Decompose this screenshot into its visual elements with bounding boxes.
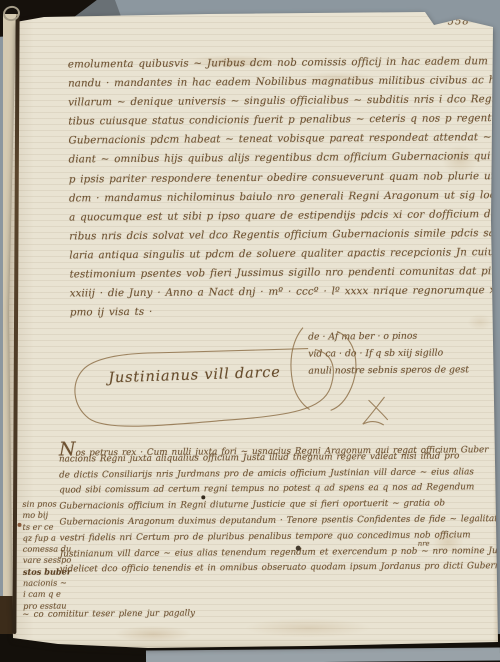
entry1-closing-line: pmo ij visa ts · [70, 304, 472, 326]
margin-note-line: mo bij [22, 509, 106, 521]
entry1-text-block: emolumenta quibusvis ~ Juribus dcm nob c… [68, 55, 472, 325]
chancery-note-line: vid ca · do · If q sb xiij sigillo [308, 347, 483, 365]
manuscript-page: 558 emolumenta quibusvis ~ Juribus dcm n… [8, 10, 500, 652]
margin-note-line: i cam q e [23, 589, 107, 601]
paper-sheet: 558 emolumenta quibusvis ~ Juribus dcm n… [8, 10, 500, 652]
margin-note-line: sin pnos [22, 498, 106, 510]
entry2-line: videlicet dco officio tenendis et in omn… [60, 562, 484, 581]
chancery-note-line: de · Af ma ber · o pinos [308, 330, 483, 348]
ink-speck [296, 546, 301, 551]
signature-name: Justinianus vill darce [108, 365, 281, 387]
ink-speck [201, 495, 205, 499]
folio-number: 558 [448, 16, 470, 27]
signature-cartouche-oval [75, 348, 334, 426]
chancery-note-block: de · Af ma ber · o pinos vid ca · do · I… [308, 330, 483, 382]
margin-note-line: stos buber [23, 566, 107, 578]
note-bracket-flourish [291, 328, 310, 410]
margin-note-line: ts er ce [22, 521, 106, 533]
margin-note-line: vare sesspo [23, 555, 107, 567]
page-content: 558 emolumenta quibusvis ~ Juribus dcm n… [5, 8, 500, 654]
note-paraph-flourish [363, 397, 388, 425]
margin-ink-dot [17, 523, 21, 527]
bottom-annotation: ~ co comititur teser plene jur pagally [22, 608, 195, 619]
entry2-text-block: Nos petrus rex · Cum nulli juxta fori ~ … [59, 435, 484, 580]
interlinear-insertion: nre [418, 540, 430, 548]
margin-note-line: comessa du [23, 543, 107, 555]
margin-note-block: sin pnos mo bij ts er ce qz fup a comess… [22, 498, 107, 612]
margin-note-line: qz fup a [23, 532, 107, 544]
chancery-note-line: anuli nostre sebnis speros de gest [308, 364, 483, 382]
margin-note-line: nacionis ~ [23, 577, 107, 589]
